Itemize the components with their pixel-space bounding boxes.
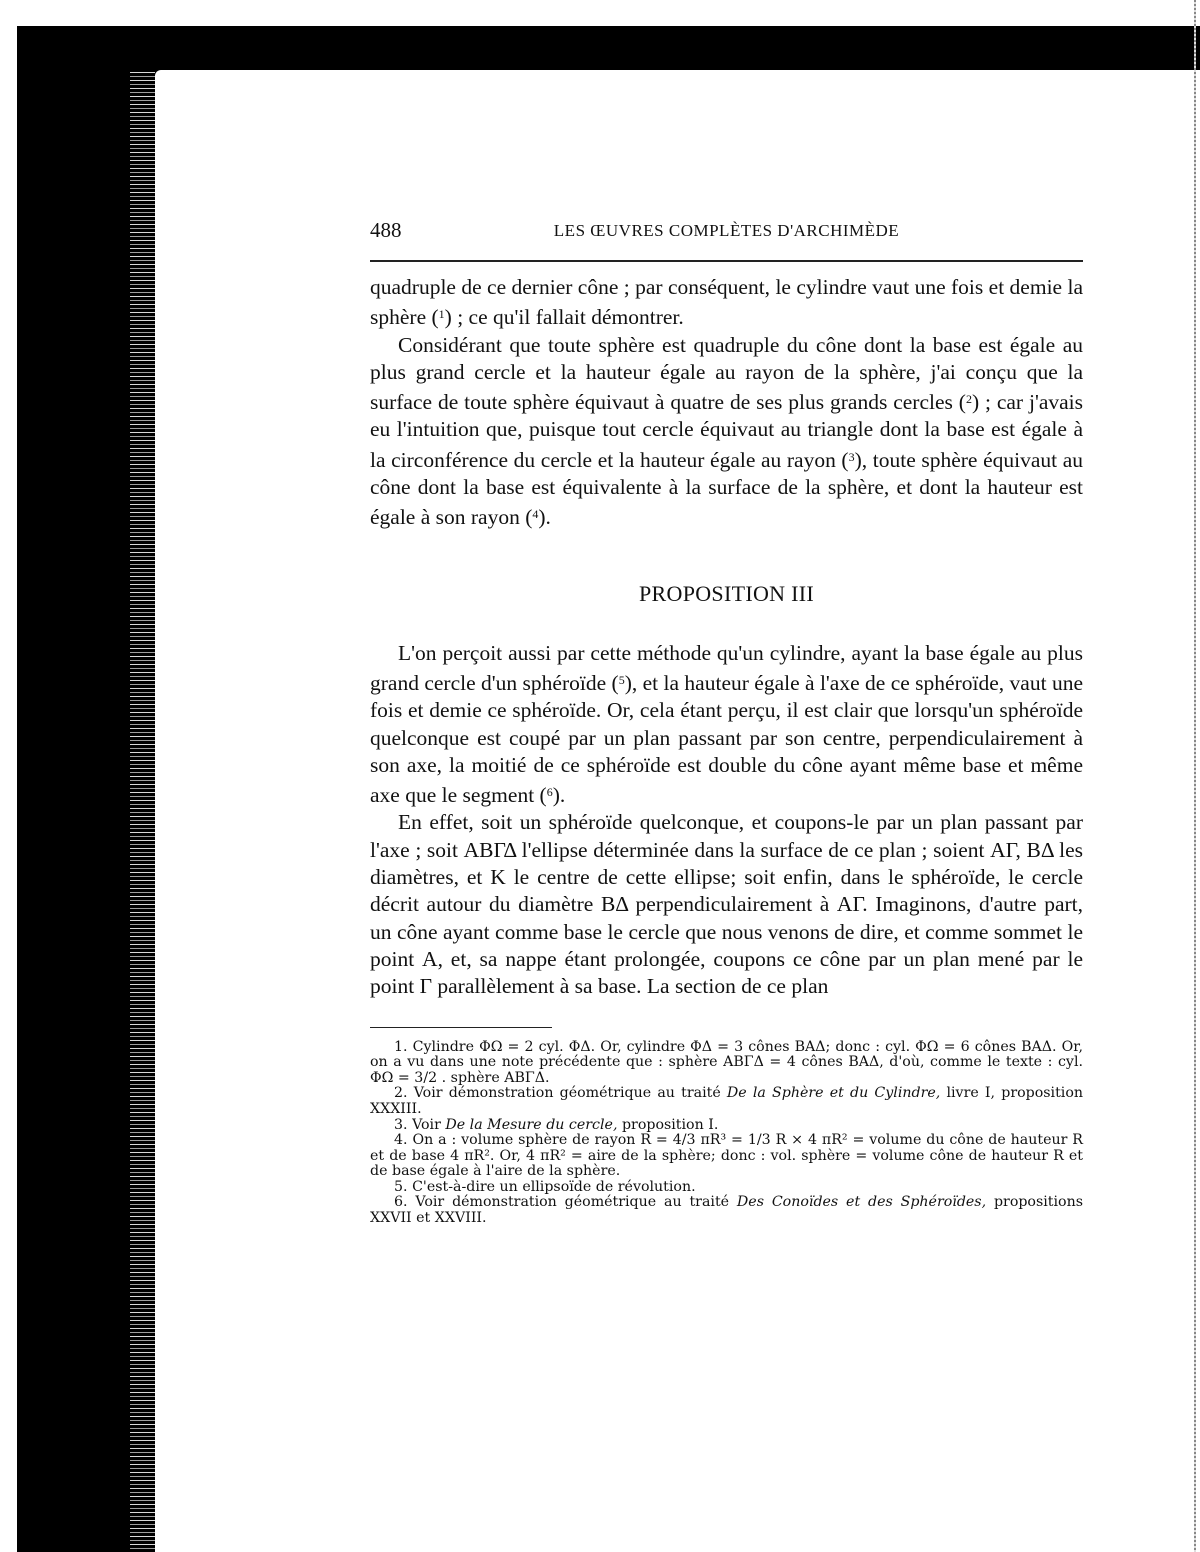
paragraph-1: quadruple de ce dernier cône ; par consé… <box>370 274 1083 332</box>
footnote-5: 5. C'est-à-dire un ellipsoïde de révolut… <box>370 1180 1083 1196</box>
scan-edge-line <box>1194 0 1196 1552</box>
text-run: ) ; ce qu'il fallait démontrer. <box>445 305 684 329</box>
scan-top-band <box>17 26 1182 72</box>
work-title: Des Conoïdes et des Sphéroïdes, <box>737 1194 986 1210</box>
work-title: De la Mesure du cercle, <box>445 1117 617 1133</box>
paragraph-3: L'on perçoit aussi par cette méthode qu'… <box>370 640 1083 810</box>
footnote-text: C'est-à-dire un ellipsoïde de révolution… <box>412 1179 696 1195</box>
footnote-text: proposition I. <box>617 1117 718 1133</box>
running-title: LES ŒUVRES COMPLÈTES D'ARCHIMÈDE <box>370 221 1083 241</box>
footnote-number: 5. <box>394 1179 408 1195</box>
paragraph-2: Considérant que toute sphère est quadrup… <box>370 332 1083 532</box>
running-head: 488 LES ŒUVRES COMPLÈTES D'ARCHIMÈDE <box>370 218 1083 248</box>
header-rule <box>370 260 1083 262</box>
footnotes: 1. Cylindre ΦΩ = 2 cyl. ΦΔ. Or, cylindre… <box>370 1040 1083 1227</box>
page-content: 488 LES ŒUVRES COMPLÈTES D'ARCHIMÈDE qua… <box>370 218 1083 1227</box>
footnote-text: On a : volume sphère de rayon R = 4/3 πR… <box>370 1132 1083 1179</box>
work-title: De la Sphère et du Cylindre, <box>727 1085 940 1101</box>
footnote-1: 1. Cylindre ΦΩ = 2 cyl. ΦΔ. Or, cylindre… <box>370 1040 1083 1087</box>
right-margin <box>1175 70 1200 1552</box>
footnote-2: 2. Voir démonstration géométrique au tra… <box>370 1086 1083 1117</box>
footnote-text: Cylindre ΦΩ = 2 cyl. ΦΔ. Or, cylindre ΦΔ… <box>370 1039 1083 1086</box>
text-run: ). <box>538 505 551 529</box>
footnote-4: 4. On a : volume sphère de rayon R = 4/3… <box>370 1133 1083 1180</box>
footnote-number: 4. <box>394 1132 408 1148</box>
footnote-text: Voir <box>412 1117 445 1133</box>
paragraph-4: En effet, soit un sphéroïde quelconque, … <box>370 809 1083 1000</box>
footnote-rule <box>370 1027 552 1028</box>
footnote-number: 2. <box>394 1085 408 1101</box>
footnote-3: 3. Voir De la Mesure du cercle, proposit… <box>370 1118 1083 1134</box>
text-run: ). <box>553 783 566 807</box>
footnote-6: 6. Voir démonstration géométrique au tra… <box>370 1195 1083 1226</box>
section-heading: PROPOSITION III <box>370 581 1083 607</box>
footnote-number: 1. <box>394 1039 408 1055</box>
book-gutter-edge <box>130 72 155 1552</box>
footnote-text: Voir démonstration géométrique au traité <box>415 1194 737 1210</box>
footnote-number: 6. <box>394 1194 408 1210</box>
footnote-number: 3. <box>394 1117 408 1133</box>
footnote-text: Voir démonstration géométrique au traité <box>414 1085 727 1101</box>
